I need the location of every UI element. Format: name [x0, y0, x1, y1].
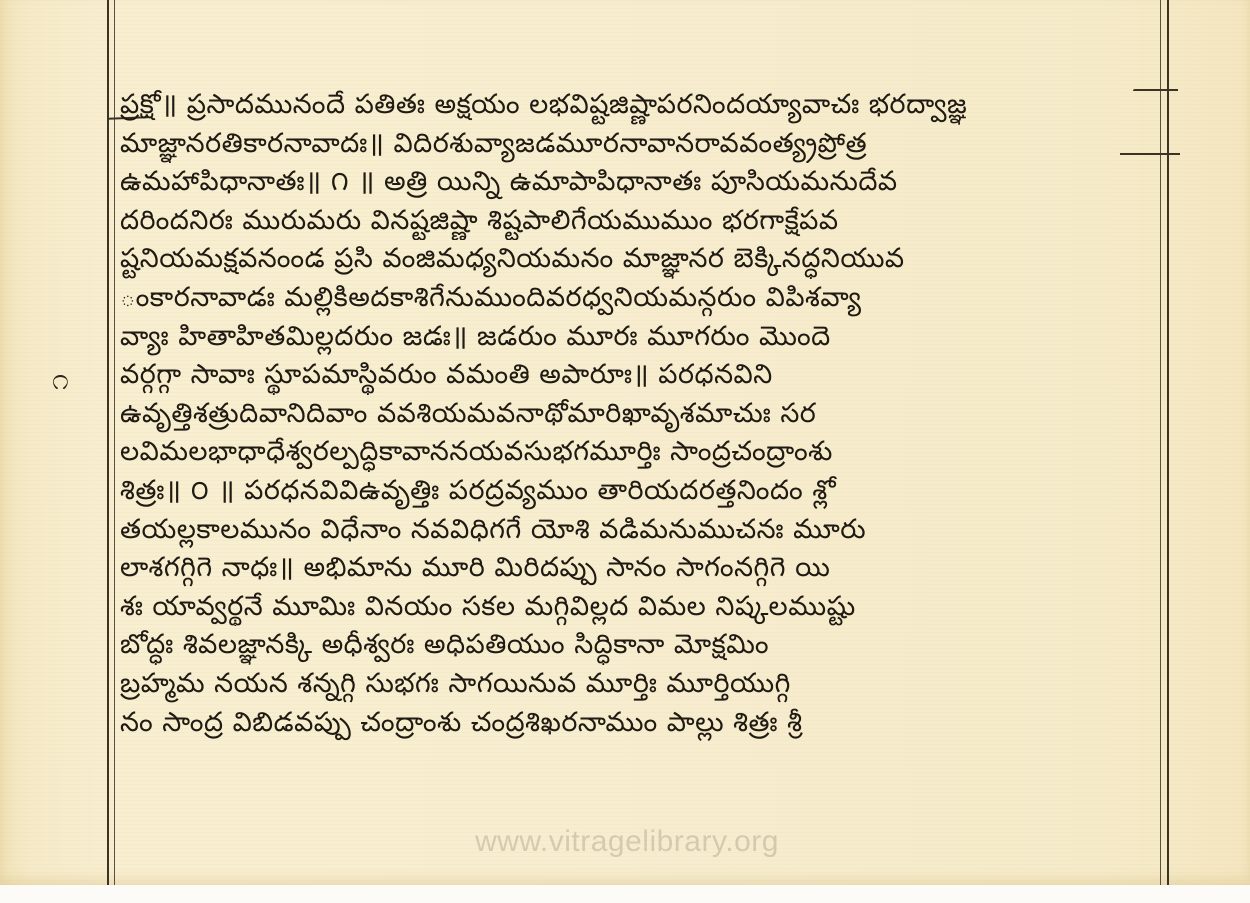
text-line: వర్గగ్గా సావాః స్థూపమాస్థివరుం వమంతి అపా…	[120, 356, 1160, 395]
text-line: నం సాంద్ర విబిడవప్పు చంద్రాంశు చంద్రశిఖర…	[120, 704, 1160, 743]
text-line: తయల్లకాలమునం విధేనాం నవవిధిగగే యోశి వడిమ…	[120, 511, 1160, 550]
text-line: ఉవృత్తిశత్రుదివానిదివాం వవశియమవనాథోమారిఖ…	[120, 395, 1160, 434]
text-line: మాజ్ఞానరతికారనావాదః॥ విదిరశువ్యాజడమూరనావ…	[120, 125, 1160, 164]
text-line: లాశగగ్గిగె నాధః॥ అభిమాను మూరి మిరిదప్పు …	[120, 549, 1160, 588]
right-margin-rule-outer	[1167, 0, 1169, 885]
text-line: ప్రక్షో॥ ప్రసాదమునందే పతితః అక్షయం లభవిష…	[120, 86, 1160, 125]
manuscript-text: ప్రక్షో॥ ప్రసాదమునందే పతితః అక్షయం లభవిష…	[120, 86, 1160, 742]
watermark: www.vitragelibrary.org	[437, 825, 817, 859]
manuscript-page: ೧ ప్రక్షో॥ ప్రసాదమునందే పతితః అక్షయం లభవ…	[0, 0, 1250, 885]
margin-page-number: ೧	[52, 362, 69, 397]
scan-bottom-margin	[0, 885, 1250, 903]
text-line: దరిందనిరః మురుమరు వినష్టజిష్ణా శిష్టపాలి…	[120, 202, 1160, 241]
text-line: వ్యాః హితాహితమిల్లదరుం జడః॥ జడరుం మూరః మ…	[120, 318, 1160, 357]
text-line: ఉమహాపిధానాతః॥ ౧ ॥ అత్రి యిన్ని ఉమాపాపిధా…	[120, 163, 1160, 202]
left-margin-rule-inner	[114, 0, 115, 885]
text-line: శః యావ్వర్థనే మూమిః వినయం సకల మగ్గివిల్ల…	[120, 588, 1160, 627]
text-line: ంకారనావాడః మల్లికిఅదకాశిగేనుముందివరధ్వని…	[120, 279, 1160, 318]
text-line: శిత్రః॥ ౦ ॥ పరధనవివిఉవృత్తిః పరద్రవ్యముం…	[120, 472, 1160, 511]
right-margin-rule-inner	[1160, 0, 1161, 885]
text-line: లవిమలభాధాధేశ్వరల్పద్ధికావాననయవసుభగమూర్తి…	[120, 433, 1160, 472]
text-line: బ్రహ్మమ నయన శన్నగ్గి సుభగః సాగయినువ మూర్…	[120, 665, 1160, 704]
text-line: బోద్ధః శివలజ్ఞానక్కి అధీశ్వరః అధిపతియుం …	[120, 626, 1160, 665]
text-line: ష్టనియమక్షవనంండ ప్రసి వంజిమధ్యనియమనం మాజ…	[120, 240, 1160, 279]
left-margin-rule-outer	[107, 0, 109, 885]
